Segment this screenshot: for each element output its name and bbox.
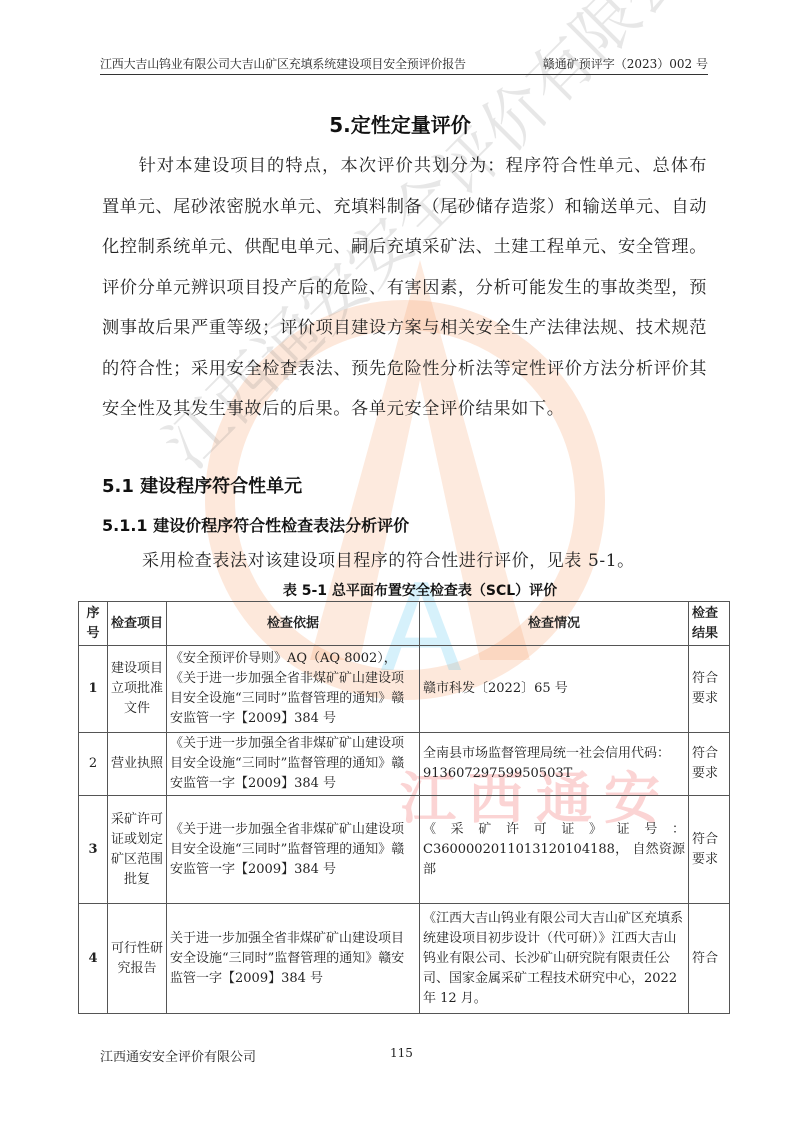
row-no: 4: [79, 904, 108, 1014]
row-result: 符合要求: [689, 796, 730, 904]
document-page: A 江西通安安全评价有限公司 江西通安 江西大吉山钨业有限公司大吉山矿区充填系统…: [0, 0, 800, 1131]
footer-company: 江西通安安全评价有限公司: [100, 1046, 256, 1065]
row-basis: 《安全预评价导则》AQ（AQ 8002），《关于进一步加强全省非煤矿矿山建设项目…: [167, 646, 420, 733]
row-basis: 《关于进一步加强全省非煤矿矿山建设项目安全设施“三同时”监督管理的通知》赣安监管…: [167, 733, 420, 796]
row-item: 可行性研究报告: [108, 904, 167, 1014]
row-item: 营业执照: [108, 733, 167, 796]
row-item: 建设项目立项批准文件: [108, 646, 167, 733]
page-header: 江西大吉山钨业有限公司大吉山矿区充填系统建设项目安全预评价报告 赣通矿预评字（2…: [100, 52, 708, 75]
header-situation: 检查情况: [420, 602, 689, 646]
intro-paragraph: 针对本建设项目的特点，本次评价共划分为：程序符合性单元、总体布置单元、尾砂浓密脱…: [102, 146, 707, 430]
row-no: 2: [79, 733, 108, 796]
table-caption: 表 5-1 总平面布置安全检查表（SCL）评价: [0, 580, 800, 600]
header-item: 检查项目: [108, 602, 167, 646]
header-basis: 检查依据: [167, 602, 420, 646]
chapter-title: 5.定性定量评价: [0, 109, 800, 138]
row-situation: 《江西大吉山钨业有限公司大吉山矿区充填系统建设项目初步设计（代可研）》江西大吉山…: [420, 904, 689, 1014]
row-result: 符合: [689, 904, 730, 1014]
intro-paragraph-text: 针对本建设项目的特点，本次评价共划分为：程序符合性单元、总体布置单元、尾砂浓密脱…: [102, 156, 707, 419]
subsection-heading: 5.1.1 建设价程序符合性检查表法分析评价: [102, 513, 409, 536]
row-situation: 赣市科发〔2022〕65 号: [420, 646, 689, 733]
row-situation: 《采矿许可证》证号： C3600002011013120104188， 自然资源…: [420, 796, 689, 904]
table-header-row: 序号 检查项目 检查依据 检查情况 检查结果: [79, 602, 730, 646]
header-report-title: 江西大吉山钨业有限公司大吉山矿区充填系统建设项目安全预评价报告: [100, 55, 466, 72]
table-row: 3 采矿许可证或划定矿区范围批复 《关于进一步加强全省非煤矿矿山建设项目安全设施…: [79, 796, 730, 904]
row-result: 符合要求: [689, 733, 730, 796]
header-result: 检查结果: [689, 602, 730, 646]
scl-check-table: 序号 检查项目 检查依据 检查情况 检查结果 1 建设项目立项批准文件 《安全预…: [78, 601, 730, 1014]
page-number: 115: [390, 1046, 413, 1060]
header-no: 序号: [79, 602, 108, 646]
row-no: 1: [79, 646, 108, 733]
row-situation-line1: 《采矿许可证》证号：: [423, 820, 685, 840]
section-intro-text: 采用检查表法对该建设项目程序的符合性进行评价，见表 5-1。: [142, 546, 635, 571]
row-situation-line2: C3600002011013120104188， 自然资源部: [423, 840, 685, 880]
row-basis: 《关于进一步加强全省非煤矿矿山建设项目安全设施“三同时”监督管理的通知》赣安监管…: [167, 796, 420, 904]
table-row: 4 可行性研究报告 关于进一步加强全省非煤矿矿山建设项目安全设施“三同时”监督管…: [79, 904, 730, 1014]
table-row: 1 建设项目立项批准文件 《安全预评价导则》AQ（AQ 8002），《关于进一步…: [79, 646, 730, 733]
section-heading: 5.1 建设程序符合性单元: [102, 472, 302, 498]
table-row: 2 营业执照 《关于进一步加强全省非煤矿矿山建设项目安全设施“三同时”监督管理的…: [79, 733, 730, 796]
header-report-number: 赣通矿预评字（2023）002 号: [543, 55, 708, 72]
row-no: 3: [79, 796, 108, 904]
row-item: 采矿许可证或划定矿区范围批复: [108, 796, 167, 904]
row-basis: 关于进一步加强全省非煤矿矿山建设项目安全设施“三同时”监督管理的通知》赣安监管一…: [167, 904, 420, 1014]
row-situation: 全南县市场监督管理局统一社会信用代码：91360729759950503T: [420, 733, 689, 796]
row-result: 符合要求: [689, 646, 730, 733]
